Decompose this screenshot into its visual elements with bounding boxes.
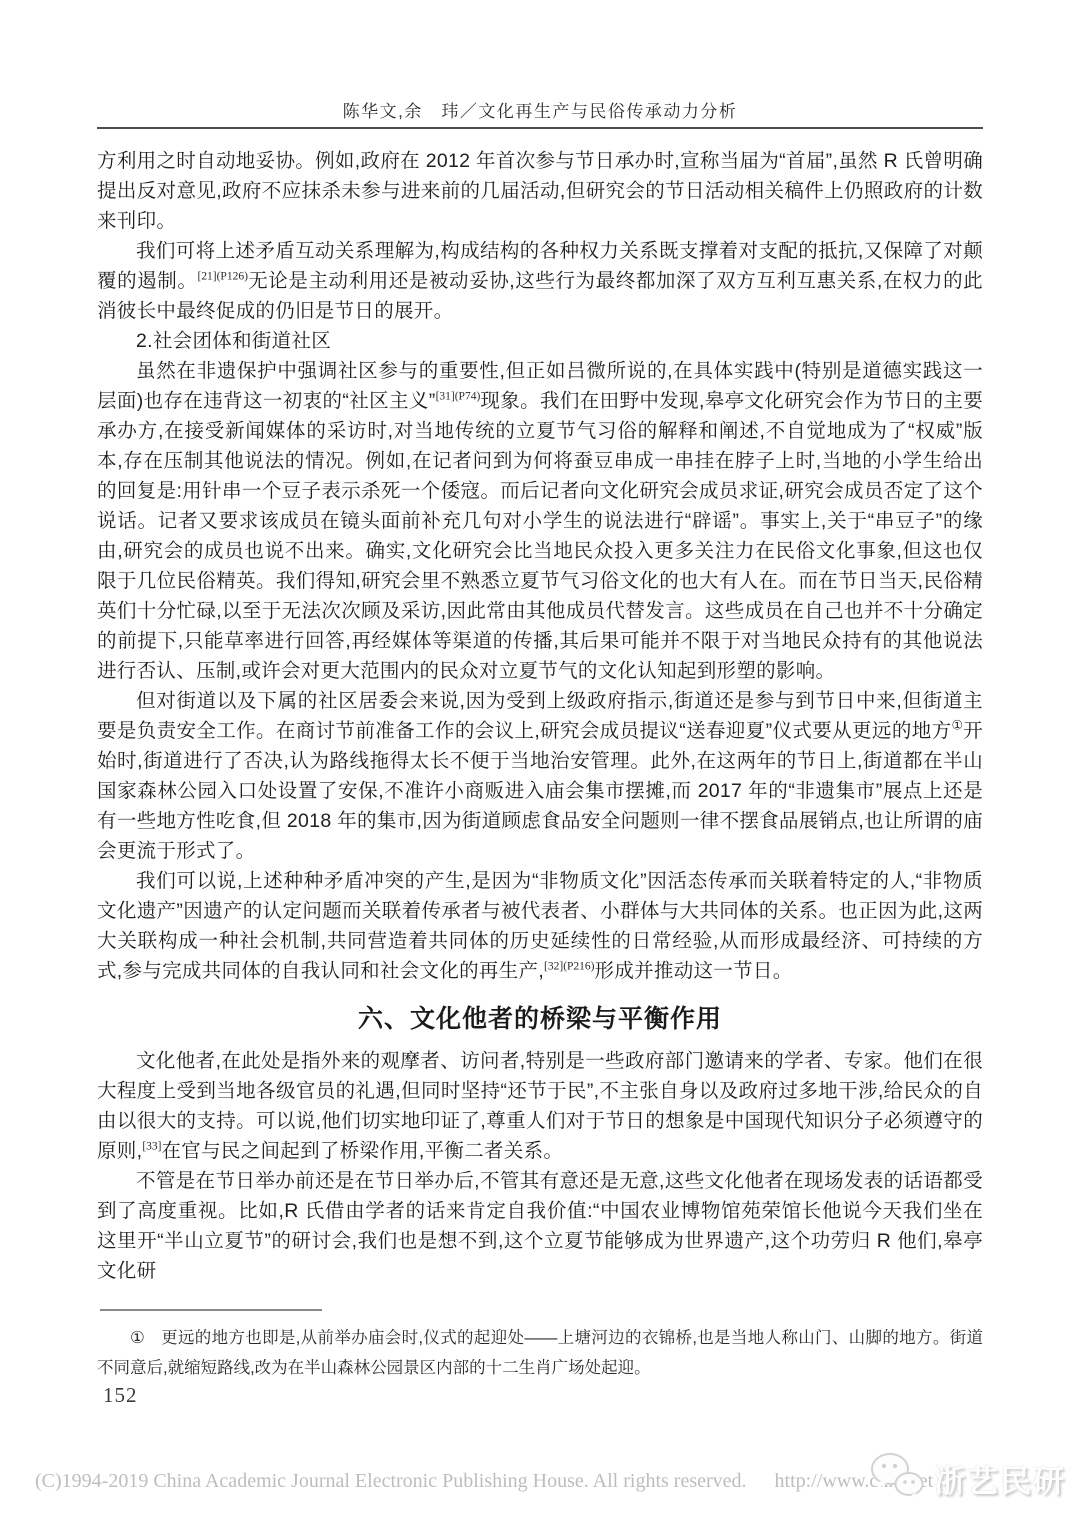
text-run: 我们可以说,上述种种矛盾冲突的产生,是因为“非物质文化”因活态传承而关联着特定的…: [97, 870, 983, 982]
running-header: 陈华文,余 玮／文化再生产与民俗传承动力分析: [97, 97, 983, 122]
footnote-text: 更远的地方也即是,从前举办庙会时,仪式的起迎处——上塘河边的衣锦桥,也是当地人称…: [97, 1329, 983, 1377]
footnote-marker: ①: [130, 1329, 145, 1347]
subsection-heading: 2.社会团体和街道社区: [97, 326, 983, 356]
watermark-label: 浙艺民研: [934, 1456, 1066, 1501]
reference-superscript: [31](P74): [436, 391, 481, 403]
paragraph: 虽然在非遗保护中强调社区参与的重要性,但正如吕微所说的,在具体实践中(特别是道德…: [97, 356, 983, 686]
header-divider: [97, 127, 983, 129]
text-run: 不管是在节日举办前还是在节日举办后,不管其有意还是无意,这些文化他者在现场发表的…: [97, 1170, 983, 1282]
footnote-divider: [100, 1309, 322, 1311]
running-header-title: 陈华文,余 玮／文化再生产与民俗传承动力分析: [343, 102, 738, 121]
copyright-text: (C)1994-2019 China Academic Journal Elec…: [35, 1470, 747, 1492]
reference-superscript: [32](P216): [544, 961, 594, 973]
paragraph: 但对街道以及下属的社区居委会来说,因为受到上级政府指示,街道还是参与到节日中来,…: [97, 686, 983, 866]
text-run: 2.社会团体和街道社区: [136, 330, 331, 352]
text-run: 在官与民之间起到了桥梁作用,平衡二者关系。: [162, 1140, 564, 1162]
section-heading: 六、文化他者的桥梁与平衡作用: [97, 1002, 983, 1036]
paragraph: 文化他者,在此处是指外来的观摩者、访问者,特别是一些政府部门邀请来的学者、专家。…: [97, 1046, 983, 1166]
paragraph: 我们可以说,上述种种矛盾冲突的产生,是因为“非物质文化”因活态传承而关联着特定的…: [97, 866, 983, 986]
paragraph: 我们可将上述矛盾互动关系理解为,构成结构的各种权力关系既支撑着对支配的抵抗,又保…: [97, 236, 983, 326]
text-run: 但对街道以及下属的社区居委会来说,因为受到上级政府指示,街道还是参与到节日中来,…: [97, 690, 983, 742]
text-run: 形成并推动这一节日。: [595, 960, 793, 982]
text-run: 现象。我们在田野中发现,皋亭文化研究会作为节日的主要承办方,在接受新闻媒体的采访…: [97, 390, 983, 682]
footnote: ①更远的地方也即是,从前举办庙会时,仪式的起迎处——上塘河边的衣锦桥,也是当地人…: [97, 1323, 983, 1383]
text-run: 方利用之时自动地妥协。例如,政府在 2012 年首次参与节日承办时,宣称当届为“…: [97, 150, 983, 232]
wechat-icon: [868, 1451, 926, 1506]
page-number: 152: [103, 1383, 138, 1408]
footnote-reference-mark: ①: [951, 718, 963, 733]
text-run: 六、文化他者的桥梁与平衡作用: [358, 1005, 722, 1033]
watermark: 浙艺民研: [868, 1448, 1066, 1508]
paragraph: 方利用之时自动地妥协。例如,政府在 2012 年首次参与节日承办时,宣称当届为“…: [97, 146, 983, 236]
paragraph: 不管是在节日举办前还是在节日举办后,不管其有意还是无意,这些文化他者在现场发表的…: [97, 1166, 983, 1286]
article-body: 方利用之时自动地妥协。例如,政府在 2012 年首次参与节日承办时,宣称当届为“…: [97, 146, 983, 1286]
reference-superscript: [21](P126): [197, 271, 247, 283]
reference-superscript: [33]: [142, 1141, 161, 1153]
